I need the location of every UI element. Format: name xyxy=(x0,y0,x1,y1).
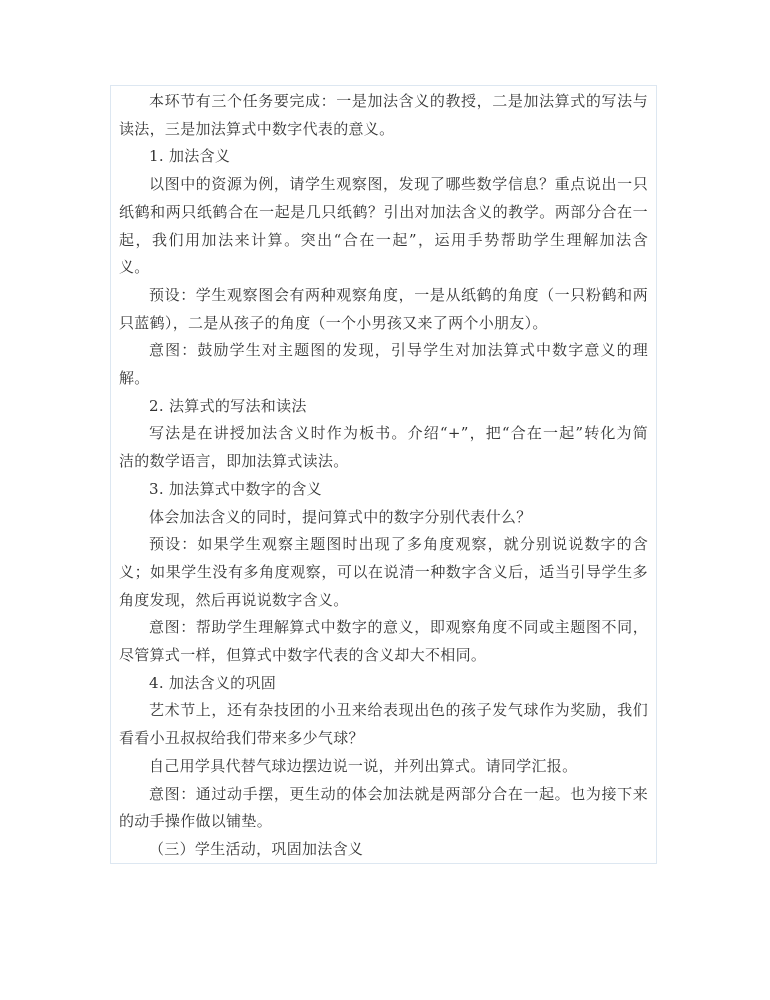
paragraph-1-line-2: 读法，三是加法算式中数字代表的意义。 xyxy=(119,116,648,144)
paragraph-2-line-1: 1. 加法含义 xyxy=(119,143,648,171)
paragraph-10-line-3: 角度发现，然后再说说数字含义。 xyxy=(119,587,648,615)
paragraph-8-line-1: 3. 加法算式中数字的含义 xyxy=(119,476,648,504)
paragraph-10: 预设：如果学生观察主题图时出现了多角度观察，就分别说说数字的含义；如果学生没有多… xyxy=(119,531,648,614)
paragraph-6-line-1: 2. 法算式的写法和读法 xyxy=(119,393,648,421)
paragraph-16-line-1: （三）学生活动，巩固加法含义 xyxy=(119,836,648,864)
paragraph-7-line-1: 写法是在讲授加法含义时作为板书。介绍“+”，把“合在一起”转化为简 xyxy=(119,420,648,448)
paragraph-13-line-1: 艺术节上，还有杂技团的小丑来给表现出色的孩子发气球作为奖励，我们 xyxy=(119,697,648,725)
paragraph-2: 1. 加法含义 xyxy=(119,143,648,171)
paragraph-10-line-2: 义；如果学生没有多角度观察，可以在说清一种数字含义后，适当引导学生多 xyxy=(119,559,648,587)
paragraph-7-line-2: 洁的数学语言，即加法算式读法。 xyxy=(119,448,648,476)
paragraph-3-line-4: 义。 xyxy=(119,254,648,282)
paragraph-13: 艺术节上，还有杂技团的小丑来给表现出色的孩子发气球作为奖励，我们看看小丑叔叔给我… xyxy=(119,697,648,752)
paragraph-11: 意图：帮助学生理解算式中数字的意义，即观察角度不同或主题图不同，尽管算式一样，但… xyxy=(119,614,648,669)
paragraph-3-line-2: 纸鹤和两只纸鹤合在一起是几只纸鹤？引出对加法含义的教学。两部分合在一 xyxy=(119,199,648,227)
paragraph-13-line-2: 看看小丑叔叔给我们带来多少气球？ xyxy=(119,725,648,753)
paragraph-3-line-3: 起，我们用加法来计算。突出“合在一起”，运用手势帮助学生理解加法含 xyxy=(119,227,648,255)
paragraph-3-line-1: 以图中的资源为例，请学生观察图，发现了哪些数学信息？重点说出一只 xyxy=(119,171,648,199)
paragraph-15-line-1: 意图：通过动手摆，更生动的体会加法就是两部分合在一起。也为接下来 xyxy=(119,781,648,809)
text-panel: 本环节有三个任务要完成：一是加法含义的教授，二是加法算式的写法与读法，三是加法算… xyxy=(110,85,657,864)
paragraph-12-line-1: 4. 加法含义的巩固 xyxy=(119,670,648,698)
paragraph-8: 3. 加法算式中数字的含义 xyxy=(119,476,648,504)
paragraph-15-line-2: 的动手操作做以铺垫。 xyxy=(119,808,648,836)
paragraph-5-line-2: 解。 xyxy=(119,365,648,393)
paragraph-5-line-1: 意图：鼓励学生对主题图的发现，引导学生对加法算式中数字意义的理 xyxy=(119,337,648,365)
paragraph-1: 本环节有三个任务要完成：一是加法含义的教授，二是加法算式的写法与读法，三是加法算… xyxy=(119,88,648,143)
paragraph-4-line-1: 预设：学生观察图会有两种观察角度，一是从纸鹤的角度（一只粉鹤和两 xyxy=(119,282,648,310)
document-page: { "colors": { "panel_border": "#dde7f1",… xyxy=(0,0,770,1000)
paragraph-11-line-2: 尽管算式一样，但算式中数字代表的含义却大不相同。 xyxy=(119,642,648,670)
paragraph-12: 4. 加法含义的巩固 xyxy=(119,670,648,698)
paragraph-7: 写法是在讲授加法含义时作为板书。介绍“+”，把“合在一起”转化为简洁的数学语言，… xyxy=(119,420,648,475)
paragraph-14-line-1: 自己用学具代替气球边摆边说一说，并列出算式。请同学汇报。 xyxy=(119,753,648,781)
paragraph-1-line-1: 本环节有三个任务要完成：一是加法含义的教授，二是加法算式的写法与 xyxy=(119,88,648,116)
paragraph-10-line-1: 预设：如果学生观察主题图时出现了多角度观察，就分别说说数字的含 xyxy=(119,531,648,559)
paragraph-15: 意图：通过动手摆，更生动的体会加法就是两部分合在一起。也为接下来的动手操作做以铺… xyxy=(119,781,648,836)
paragraph-5: 意图：鼓励学生对主题图的发现，引导学生对加法算式中数字意义的理解。 xyxy=(119,337,648,392)
paragraph-16: （三）学生活动，巩固加法含义 xyxy=(119,836,648,864)
paragraph-9: 体会加法含义的同时，提问算式中的数字分别代表什么？ xyxy=(119,504,648,532)
paragraph-14: 自己用学具代替气球边摆边说一说，并列出算式。请同学汇报。 xyxy=(119,753,648,781)
paragraph-11-line-1: 意图：帮助学生理解算式中数字的意义，即观察角度不同或主题图不同， xyxy=(119,614,648,642)
paragraph-4-line-2: 只蓝鹤），二是从孩子的角度（一个小男孩又来了两个小朋友）。 xyxy=(119,310,648,338)
paragraph-9-line-1: 体会加法含义的同时，提问算式中的数字分别代表什么？ xyxy=(119,504,648,532)
paragraph-4: 预设：学生观察图会有两种观察角度，一是从纸鹤的角度（一只粉鹤和两只蓝鹤），二是从… xyxy=(119,282,648,337)
paragraph-6: 2. 法算式的写法和读法 xyxy=(119,393,648,421)
paragraph-3: 以图中的资源为例，请学生观察图，发现了哪些数学信息？重点说出一只纸鹤和两只纸鹤合… xyxy=(119,171,648,282)
